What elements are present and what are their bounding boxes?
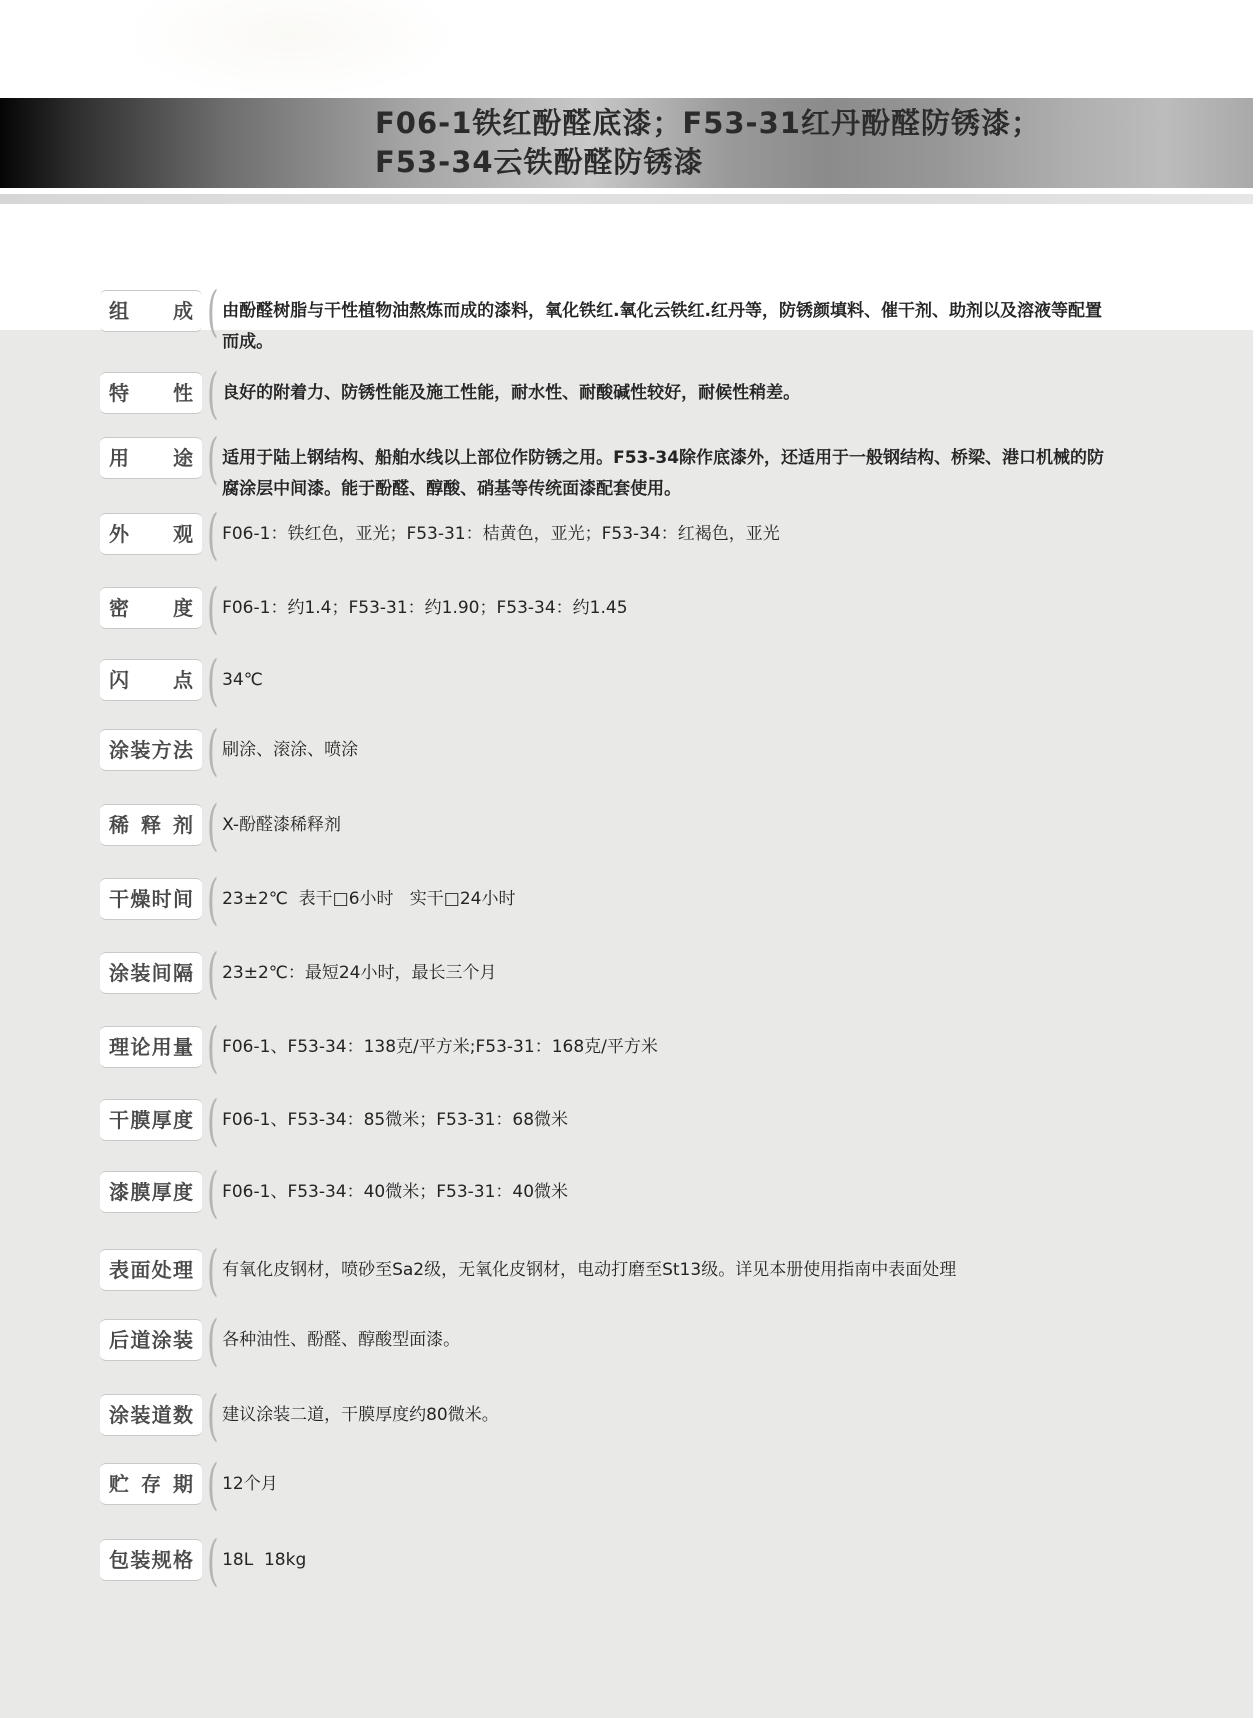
- spec-label-box: 理论用量: [100, 1026, 202, 1068]
- spec-row-number-of-coats: 涂装道数 ( 建议涂装二道，干膜厚度约80微米。: [0, 1394, 1107, 1438]
- spec-content: F06-1、F53-34：85微米；F53-31：68微米: [222, 1099, 1107, 1136]
- spec-label-box: 漆膜厚度: [100, 1171, 202, 1213]
- spec-label: 干膜厚度: [109, 1110, 193, 1130]
- spec-label: 用 途: [109, 448, 193, 468]
- spec-row-surface-treatment: 表面处理 ( 有氧化皮钢材，喷砂至Sa2级，无氧化皮钢材，电动打磨至St13级。…: [0, 1249, 1107, 1293]
- spec-content: X-酚醛漆稀释剂: [222, 804, 1107, 841]
- spec-row-drying-time: 干燥时间 ( 23±2℃ 表干□6小时 实干□24小时: [0, 878, 1107, 922]
- open-paren-decoration: (: [207, 1171, 219, 1215]
- spec-row-shelf-life: 贮 存 期 ( 12个月: [0, 1463, 1107, 1507]
- spec-content: F06-1：铁红色，亚光；F53-31：桔黄色，亚光；F53-34：红褐色，亚光: [222, 513, 1107, 550]
- spec-row-recoat-interval: 涂装间隔 ( 23±2℃：最短24小时，最长三个月: [0, 952, 1107, 996]
- spec-label: 涂装方法: [109, 740, 193, 760]
- spec-row-wet-film-thickness: 漆膜厚度 ( F06-1、F53-34：40微米；F53-31：40微米: [0, 1171, 1107, 1215]
- open-paren-decoration: (: [207, 1249, 219, 1293]
- spec-label-box: 贮 存 期: [100, 1463, 202, 1505]
- spec-label-box: 密 度: [100, 587, 202, 629]
- spec-row-theoretical-consumption: 理论用量 ( F06-1、F53-34：138克/平方米;F53-31：168克…: [0, 1026, 1107, 1070]
- spec-content: 18L 18kg: [222, 1539, 1107, 1576]
- spec-label-box: 后道涂装: [100, 1319, 202, 1361]
- page-title-line1: F06-1铁红酚醛底漆；F53-31红丹酚醛防锈漆；: [375, 104, 1041, 143]
- spec-content: 刷涂、滚涂、喷涂: [222, 729, 1107, 766]
- spec-content: 23±2℃ 表干□6小时 实干□24小时: [222, 878, 1107, 915]
- page-title: F06-1铁红酚醛底漆；F53-31红丹酚醛防锈漆； F53-34云铁酚醛防锈漆: [375, 104, 1041, 182]
- open-paren-decoration: (: [207, 1319, 219, 1363]
- open-paren-decoration: (: [207, 1026, 219, 1070]
- spec-label: 密 度: [109, 598, 193, 618]
- spec-row-packaging: 包装规格 ( 18L 18kg: [0, 1539, 1107, 1583]
- spec-label-box: 包装规格: [100, 1539, 202, 1581]
- spec-content: F06-1、F53-34：138克/平方米;F53-31：168克/平方米: [222, 1026, 1107, 1063]
- open-paren-decoration: (: [207, 1539, 219, 1583]
- spec-label-box: 外 观: [100, 513, 202, 555]
- open-paren-decoration: (: [207, 659, 219, 703]
- header-band: F06-1铁红酚醛底漆；F53-31红丹酚醛防锈漆； F53-34云铁酚醛防锈漆: [0, 98, 1253, 188]
- spec-label: 后道涂装: [109, 1330, 193, 1350]
- spec-row-dry-film-thickness: 干膜厚度 ( F06-1、F53-34：85微米；F53-31：68微米: [0, 1099, 1107, 1143]
- spec-label: 组 成: [109, 301, 193, 321]
- spec-label-box: 表面处理: [100, 1249, 202, 1291]
- open-paren-decoration: (: [207, 513, 219, 557]
- spec-label: 稀 释 剂: [109, 815, 193, 835]
- spec-label: 理论用量: [109, 1037, 193, 1057]
- spec-label: 干燥时间: [109, 889, 193, 909]
- spec-label-box: 涂装方法: [100, 729, 202, 771]
- spec-label-box: 干膜厚度: [100, 1099, 202, 1141]
- spec-label-box: 用 途: [100, 437, 202, 479]
- spec-row-subsequent-coating: 后道涂装 ( 各种油性、酚醛、醇酸型面漆。: [0, 1319, 1107, 1363]
- open-paren-decoration: (: [207, 1099, 219, 1143]
- spec-label-box: 涂装道数: [100, 1394, 202, 1436]
- open-paren-decoration: (: [207, 372, 219, 416]
- open-paren-decoration: (: [207, 804, 219, 848]
- spec-row-characteristics: 特 性 ( 良好的附着力、防锈性能及施工性能，耐水性、耐酸碱性较好，耐候性稍差。: [0, 372, 1107, 416]
- top-glow-decoration: [120, 0, 460, 100]
- spec-row-thinner: 稀 释 剂 ( X-酚醛漆稀释剂: [0, 804, 1107, 848]
- spec-content: 有氧化皮钢材，喷砂至Sa2级，无氧化皮钢材，电动打磨至St13级。详见本册使用指…: [222, 1249, 1107, 1286]
- spec-row-usage: 用 途 ( 适用于陆上钢结构、船舶水线以上部位作防锈之用。F53-34除作底漆外…: [0, 437, 1107, 505]
- open-paren-decoration: (: [207, 587, 219, 631]
- spec-label-box: 组 成: [100, 290, 202, 332]
- spec-row-composition: 组 成 ( 由酚醛树脂与干性植物油熬炼而成的漆料，氧化铁红.氧化云铁红.红丹等，…: [0, 290, 1107, 358]
- spec-content: 34℃: [222, 659, 1107, 696]
- spec-label: 漆膜厚度: [109, 1182, 193, 1202]
- spec-content: 良好的附着力、防锈性能及施工性能，耐水性、耐酸碱性较好，耐候性稍差。: [222, 372, 1107, 409]
- spec-row-density: 密 度 ( F06-1：约1.4；F53-31：约1.90；F53-34：约1.…: [0, 587, 1107, 631]
- spec-content: 12个月: [222, 1463, 1107, 1500]
- spec-label: 特 性: [109, 383, 193, 403]
- spec-label-box: 干燥时间: [100, 878, 202, 920]
- spec-label: 闪 点: [109, 670, 193, 690]
- spec-content: 由酚醛树脂与干性植物油熬炼而成的漆料，氧化铁红.氧化云铁红.红丹等，防锈颜填料、…: [222, 290, 1107, 358]
- open-paren-decoration: (: [207, 437, 219, 481]
- spec-label: 涂装道数: [109, 1405, 193, 1425]
- open-paren-decoration: (: [207, 1394, 219, 1438]
- spec-label: 贮 存 期: [109, 1474, 193, 1494]
- spec-content: 适用于陆上钢结构、船舶水线以上部位作防锈之用。F53-34除作底漆外，还适用于一…: [222, 437, 1107, 505]
- spec-label: 包装规格: [109, 1550, 193, 1570]
- open-paren-decoration: (: [207, 290, 219, 334]
- spec-label-box: 闪 点: [100, 659, 202, 701]
- spec-row-application-method: 涂装方法 ( 刷涂、滚涂、喷涂: [0, 729, 1107, 773]
- spec-label: 表面处理: [109, 1260, 193, 1280]
- spec-content: 23±2℃：最短24小时，最长三个月: [222, 952, 1107, 989]
- spec-content: F06-1：约1.4；F53-31：约1.90；F53-34：约1.45: [222, 587, 1107, 624]
- open-paren-decoration: (: [207, 952, 219, 996]
- page-title-line2: F53-34云铁酚醛防锈漆: [375, 143, 1041, 182]
- spec-label: 外 观: [109, 524, 193, 544]
- spec-label-box: 特 性: [100, 372, 202, 414]
- spec-label-box: 涂装间隔: [100, 952, 202, 994]
- open-paren-decoration: (: [207, 878, 219, 922]
- spec-content: 建议涂装二道，干膜厚度约80微米。: [222, 1394, 1107, 1431]
- spec-row-appearance: 外 观 ( F06-1：铁红色，亚光；F53-31：桔黄色，亚光；F53-34：…: [0, 513, 1107, 557]
- open-paren-decoration: (: [207, 1463, 219, 1507]
- spec-content: 各种油性、酚醛、醇酸型面漆。: [222, 1319, 1107, 1356]
- header-sub-strip: [0, 194, 1253, 204]
- spec-row-flash-point: 闪 点 ( 34℃: [0, 659, 1107, 703]
- open-paren-decoration: (: [207, 729, 219, 773]
- spec-label-box: 稀 释 剂: [100, 804, 202, 846]
- spec-label: 涂装间隔: [109, 963, 193, 983]
- spec-content: F06-1、F53-34：40微米；F53-31：40微米: [222, 1171, 1107, 1208]
